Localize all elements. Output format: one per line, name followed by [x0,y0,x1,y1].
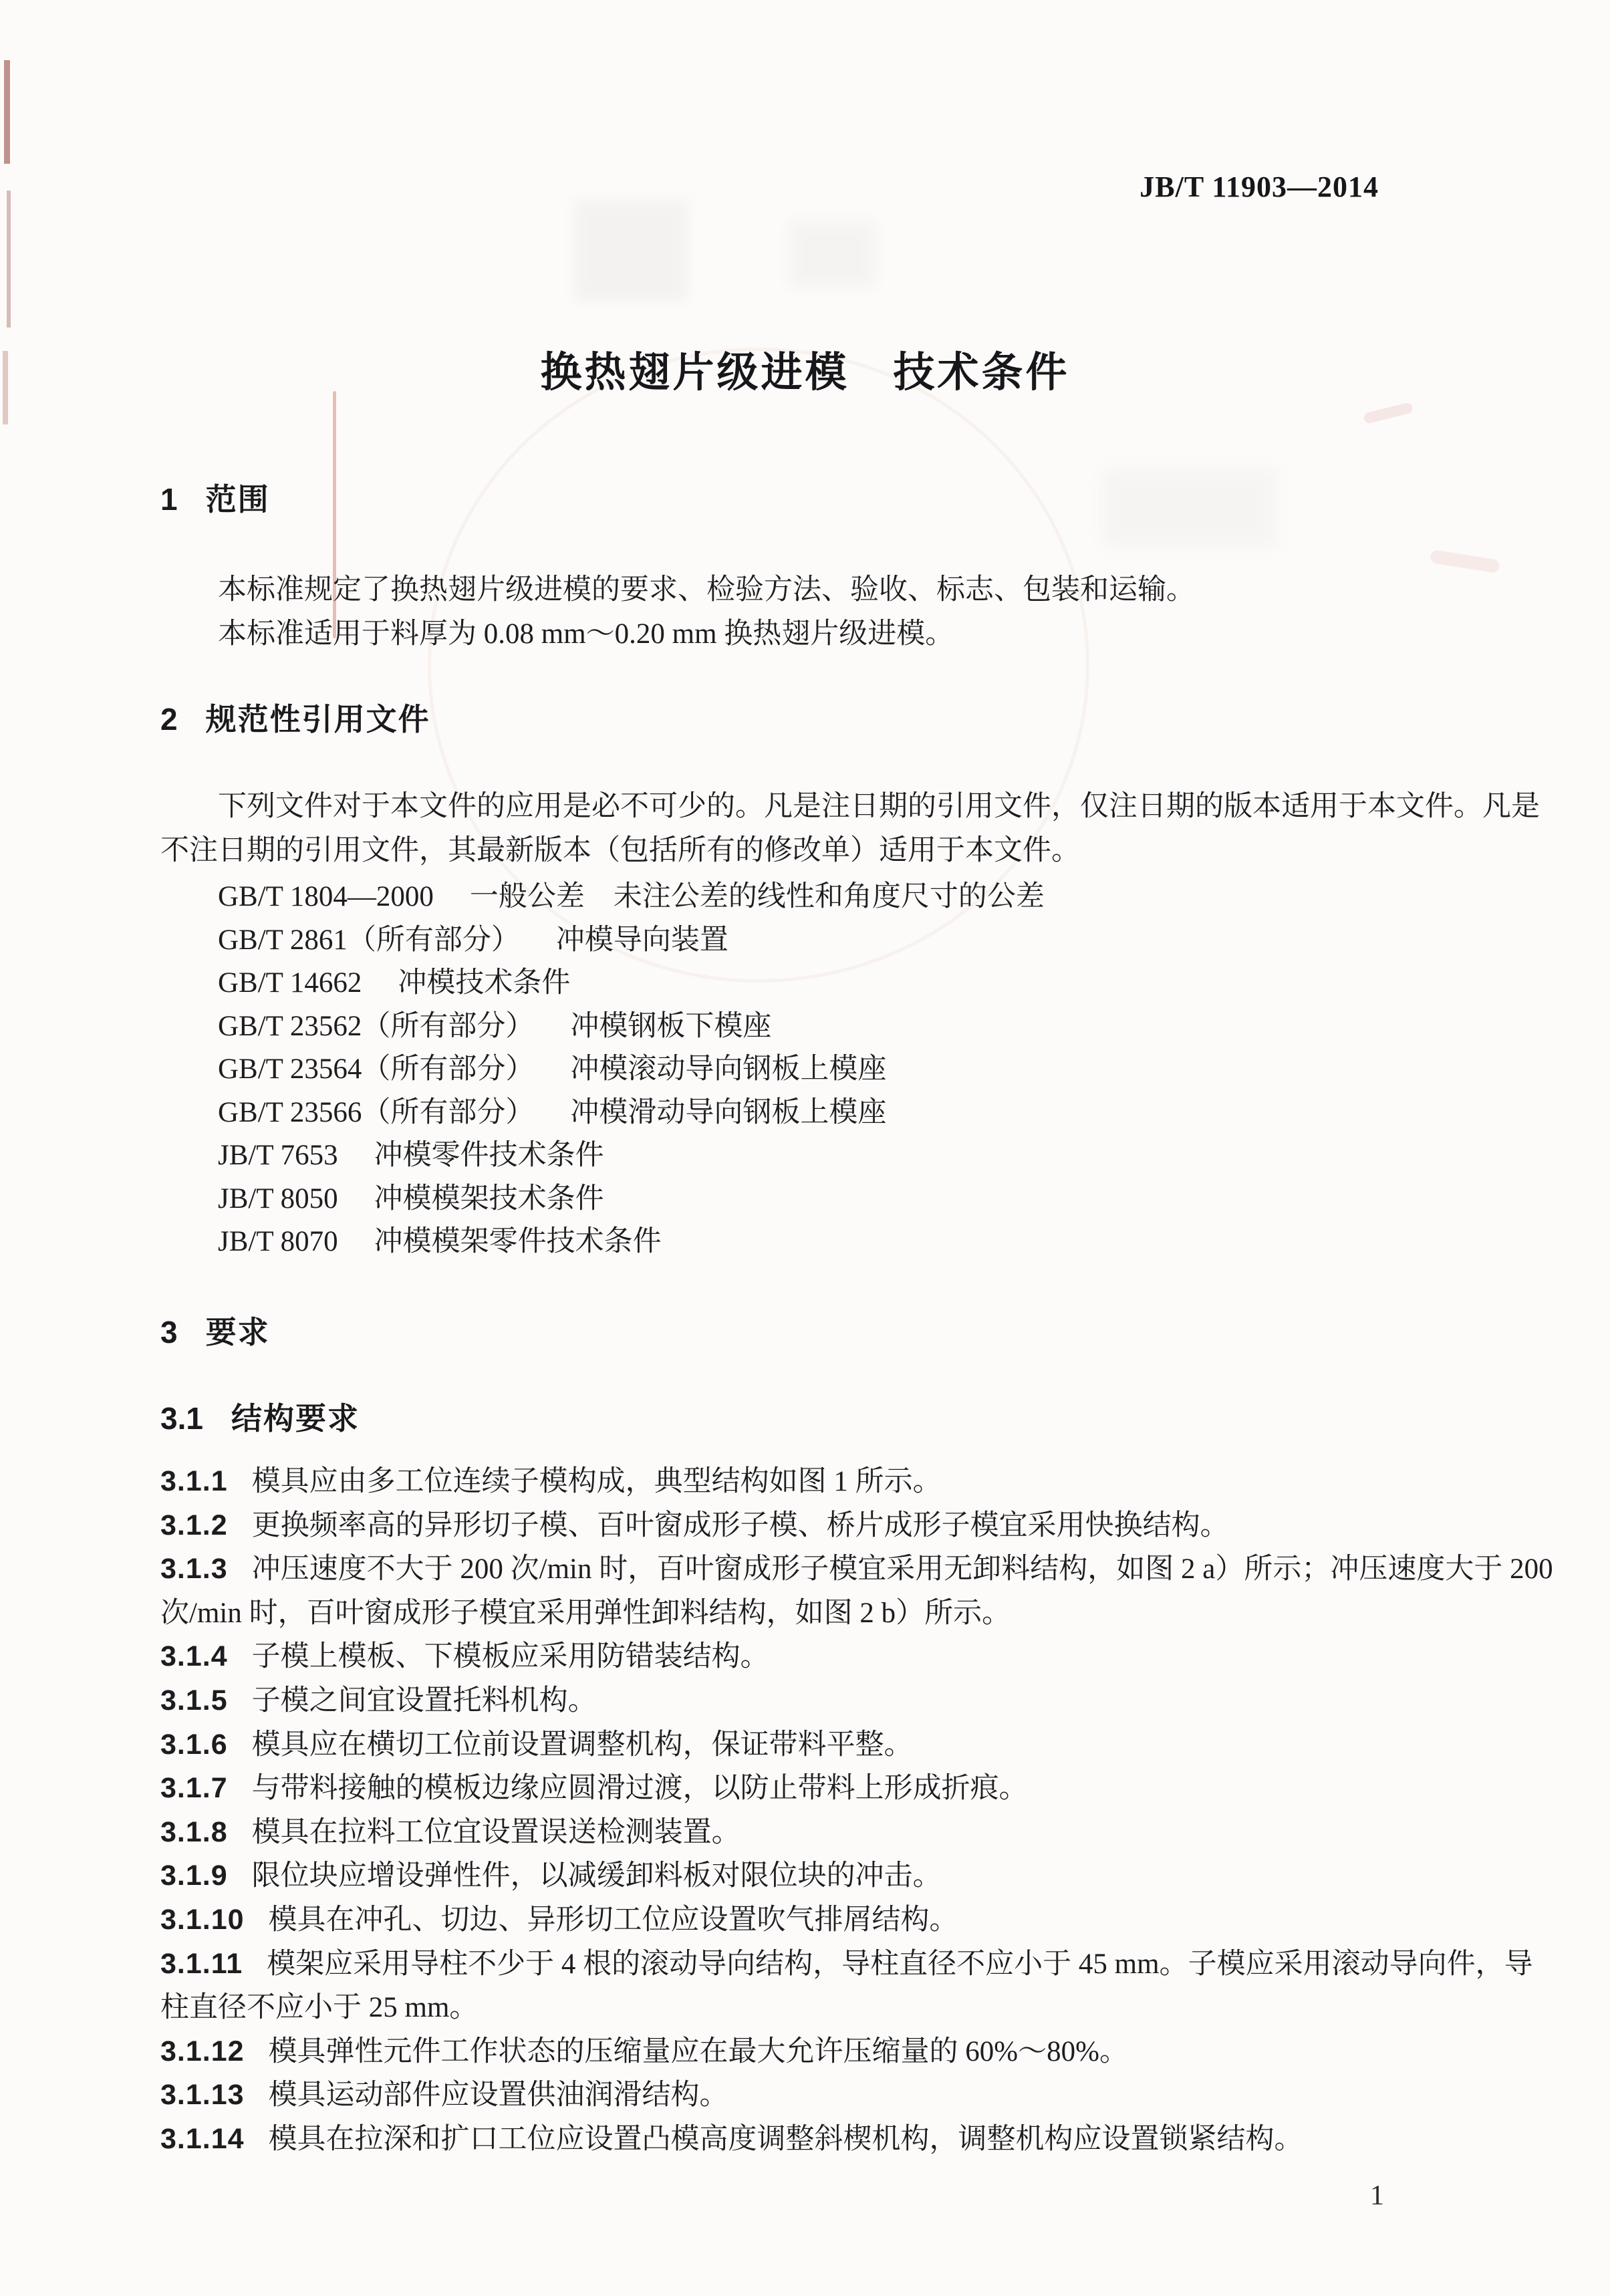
clause-number: 3.1.5 [160,1684,228,1716]
reference-code: GB/T 23564（所有部分） [218,1053,534,1085]
clause: 3.1.10模具在冲孔、切边、异形切工位应设置吹气排屑结构。 [160,1898,1561,1942]
reference-code: GB/T 23566（所有部分） [218,1097,534,1128]
scan-artifact-ghosting [575,201,688,301]
reference-title: 冲模技术条件 [398,967,570,999]
clause: 3.1.9限位块应增设弹性件，以减缓卸料板对限位块的冲击。 [160,1854,1561,1898]
clauses-list: 3.1.1模具应由多工位连续子模构成，典型结构如图 1 所示。 3.1.2更换频… [160,1460,1561,2162]
clause: 3.1.8模具在拉料工位宜设置误送检测装置。 [160,1811,1561,1855]
section-label: 要求 [206,1315,270,1350]
section-number: 3.1 [160,1401,203,1436]
reference-title: 冲模钢板下模座 [570,1011,771,1042]
reference-item: GB/T 23564（所有部分）冲模滚动导向钢板上模座 [160,1048,1561,1092]
clause-text: 模具弹性元件工作状态的压缩量应在最大允许压缩量的 60%～80%。 [269,2036,1128,2067]
clause: 3.1.14模具在拉深和扩口工位应设置凸模高度调整斜楔机构，调整机构应设置锁紧结… [160,2118,1561,2162]
reference-code: JB/T 7653 [218,1140,338,1171]
clause-number: 3.1.3 [160,1553,228,1585]
scan-artifact-smudge [1363,402,1414,424]
clause: 3.1.3冲压速度不大于 200 次/min 时，百叶窗成形子模宜采用无卸料结构… [160,1547,1561,1635]
clause: 3.1.2更换频率高的异形切子模、百叶窗成形子模、桥片成形子模宜采用快换结构。 [160,1504,1561,1548]
clause-text: 模具运动部件应设置供油润滑结构。 [269,2079,728,2111]
reference-title: 冲模零件技术条件 [374,1140,604,1171]
reference-title: 冲模模架零件技术条件 [374,1226,662,1257]
clause-text: 模具在拉深和扩口工位应设置凸模高度调整斜楔机构，调整机构应设置锁紧结构。 [269,2124,1303,2155]
clause: 3.1.5子模之间宜设置托料机构。 [160,1679,1561,1723]
reference-title: 冲模滑动导向钢板上模座 [570,1097,886,1128]
reference-code: JB/T 8070 [218,1226,338,1257]
reference-code: GB/T 23562（所有部分） [218,1011,534,1042]
reference-item: JB/T 7653冲模零件技术条件 [160,1134,1561,1178]
clause: 3.1.13模具运动部件应设置供油润滑结构。 [160,2073,1561,2118]
clause-number: 3.1.7 [160,1772,228,1804]
scope-paragraph: 本标准规定了换热翅片级进模的要求、检验方法、验收、标志、包装和运输。 [160,568,1561,612]
clause-number: 3.1.2 [160,1509,228,1541]
reference-title: 冲模滚动导向钢板上模座 [570,1053,886,1085]
references-intro: 下列文件对于本文件的应用是必不可少的。凡是注日期的引用文件，仅注日期的版本适用于… [160,785,1561,873]
section-heading-references: 2规范性引用文件 [160,702,1561,737]
reference-title: 冲模模架技术条件 [374,1183,604,1215]
scope-body: 本标准规定了换热翅片级进模的要求、检验方法、验收、标志、包装和运输。 本标准适用… [160,568,1561,656]
section-number: 3 [160,1315,178,1350]
clause-number: 3.1.6 [160,1729,228,1761]
reference-title: 冲模导向装置 [556,924,728,956]
clause-number: 3.1.4 [160,1640,228,1672]
reference-code: JB/T 8050 [218,1183,338,1215]
scan-artifact-left-edge [7,190,11,328]
clause: 3.1.6模具应在横切工位前设置调整机构，保证带料平整。 [160,1723,1561,1767]
reference-item: GB/T 14662冲模技术条件 [160,962,1561,1005]
section-number: 1 [160,482,178,517]
document-page: JB/T 11903—2014 换热翅片级进模 技术条件 1范围 本标准规定了换… [0,0,1610,2296]
scan-artifact-left-edge [4,60,10,164]
clause-number: 3.1.8 [160,1816,228,1848]
clause-text: 更换频率高的异形切子模、百叶窗成形子模、桥片成形子模宜采用快换结构。 [252,1510,1229,1541]
reference-title: 一般公差 未注公差的线性和角度尺寸的公差 [470,881,1045,912]
clause: 3.1.7与带料接触的模板边缘应圆滑过渡，以防止带料上形成折痕。 [160,1767,1561,1811]
clause-text: 子模上模板、下模板应采用防错装结构。 [252,1641,769,1672]
clause: 3.1.11模架应采用导柱不少于 4 根的滚动导向结构，导柱直径不应小于 45 … [160,1942,1561,2030]
reference-item: JB/T 8050冲模模架技术条件 [160,1178,1561,1221]
clause-text: 模具应由多工位连续子模构成，典型结构如图 1 所示。 [252,1466,942,1497]
scope-paragraph: 本标准适用于料厚为 0.08 mm～0.20 mm 换热翅片级进模。 [160,612,1561,656]
reference-item: GB/T 2861（所有部分）冲模导向装置 [160,919,1561,963]
reference-code: GB/T 2861（所有部分） [218,924,520,956]
clause-text: 冲压速度不大于 200 次/min 时，百叶窗成形子模宜采用无卸料结构，如图 2… [160,1553,1553,1629]
clause-text: 子模之间宜设置托料机构。 [252,1685,597,1716]
section-number: 2 [160,702,178,737]
clause: 3.1.12模具弹性元件工作状态的压缩量应在最大允许压缩量的 60%～80%。 [160,2030,1561,2074]
clause: 3.1.4子模上模板、下模板应采用防错装结构。 [160,1635,1561,1679]
clause-number: 3.1.13 [160,2079,245,2111]
clause-text: 与带料接触的模板边缘应圆滑过渡，以防止带料上形成折痕。 [252,1773,1028,1804]
document-title: 换热翅片级进模 技术条件 [0,348,1610,398]
clause-text: 限位块应增设弹性件，以减缓卸料板对限位块的冲击。 [252,1860,942,1892]
reference-code: GB/T 14662 [218,967,362,999]
clause-text: 模架应采用导柱不少于 4 根的滚动导向结构，导柱直径不应小于 45 mm。子模应… [160,1948,1533,2024]
references-list: GB/T 1804—2000一般公差 未注公差的线性和角度尺寸的公差 GB/T … [160,876,1561,1264]
reference-item: GB/T 1804—2000一般公差 未注公差的线性和角度尺寸的公差 [160,876,1561,919]
scan-artifact-ghosting [789,221,876,287]
section-heading-requirements: 3要求 [160,1315,1561,1350]
section-heading-scope: 1范围 [160,482,1561,517]
section-label: 结构要求 [231,1401,360,1436]
reference-item: JB/T 8070冲模模架零件技术条件 [160,1221,1561,1264]
page-number: 1 [1370,2180,1384,2212]
section-label: 范围 [206,482,270,517]
clause: 3.1.1模具应由多工位连续子模构成，典型结构如图 1 所示。 [160,1460,1561,1504]
clause-number: 3.1.11 [160,1948,243,1980]
reference-code: GB/T 1804—2000 [218,881,434,912]
clause-number: 3.1.14 [160,2123,245,2155]
section-heading-structure: 3.1结构要求 [160,1401,1561,1436]
clause-number: 3.1.10 [160,1904,245,1936]
references-intro-paragraph: 下列文件对于本文件的应用是必不可少的。凡是注日期的引用文件，仅注日期的版本适用于… [160,785,1561,873]
clause-text: 模具应在横切工位前设置调整机构，保证带料平整。 [252,1729,913,1761]
reference-item: GB/T 23566（所有部分）冲模滑动导向钢板上模座 [160,1092,1561,1135]
clause-number: 3.1.9 [160,1860,228,1892]
clause-number: 3.1.1 [160,1465,228,1497]
clause-text: 模具在冲孔、切边、异形切工位应设置吹气排屑结构。 [269,1904,958,1936]
section-label: 规范性引用文件 [206,702,430,737]
reference-item: GB/T 23562（所有部分）冲模钢板下模座 [160,1005,1561,1049]
standard-code: JB/T 11903—2014 [1139,170,1379,205]
clause-text: 模具在拉料工位宜设置误送检测装置。 [252,1817,741,1848]
clause-number: 3.1.12 [160,2035,245,2067]
